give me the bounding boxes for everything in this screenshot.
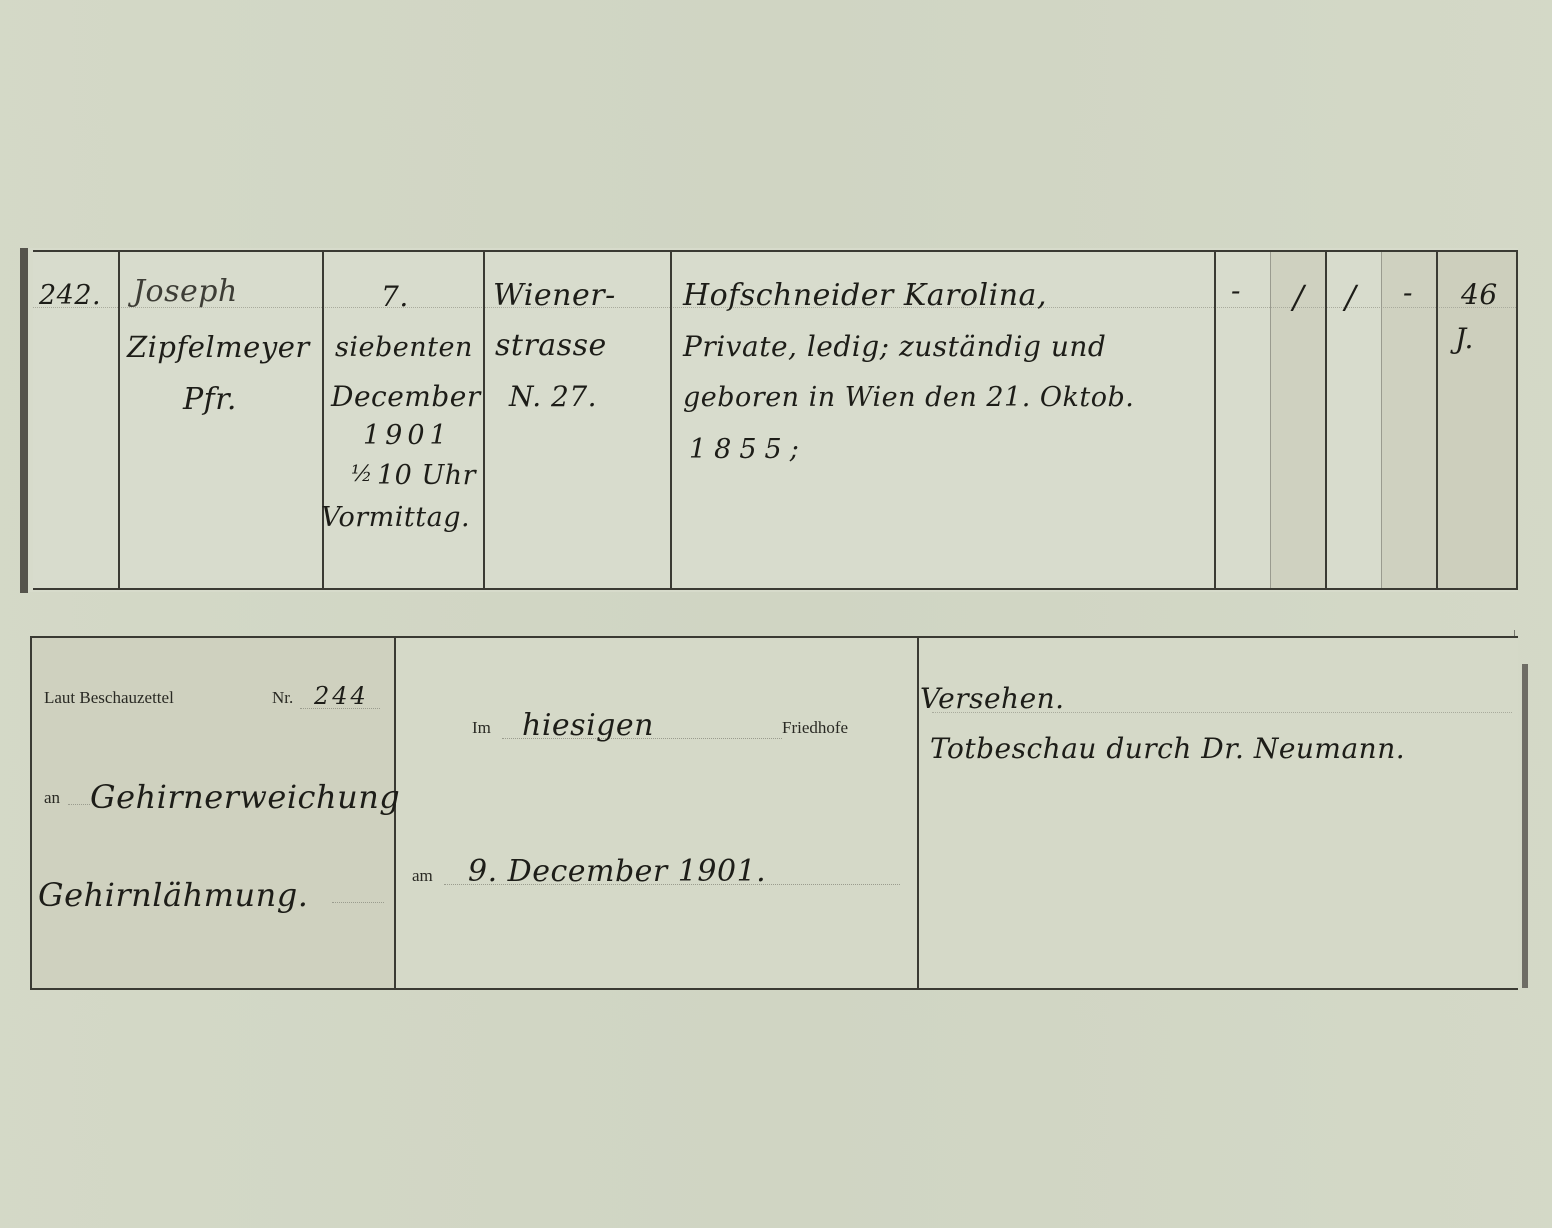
nr-label: Nr.	[272, 688, 293, 708]
death-time-fraction: ½	[351, 462, 373, 487]
tally-value: /	[1293, 278, 1304, 316]
death-time-of-day: Vormittag.	[321, 502, 470, 533]
cause-of-death-line-1: Gehirnerweichung	[90, 778, 400, 816]
burial-date: 9. December 1901.	[468, 854, 766, 889]
cause-dotted-line	[332, 902, 384, 903]
cemetery-name: hiesigen	[522, 708, 654, 743]
tally-value: /	[1345, 278, 1356, 316]
age-unit: J.	[1455, 322, 1474, 355]
death-day-numeric: 7.	[381, 280, 409, 313]
register-entry-detail-row: Laut Beschauzettel Nr. 244 an Gehirnerwe…	[30, 636, 1518, 990]
page-background	[0, 0, 1552, 1228]
register-entry-row: 242. Joseph Zipfelmeyer Pfr. 7. siebente…	[33, 250, 1518, 590]
column-divider	[322, 252, 324, 588]
an-dotted-line	[68, 804, 90, 805]
column-divider-thin	[1270, 252, 1271, 588]
address-line-3: N. 27.	[509, 380, 597, 413]
description-line-1: Hofschneider Karolina,	[683, 278, 1047, 313]
an-label: an	[44, 788, 60, 808]
cause-of-death-line-2: Gehirnlähmung.	[38, 876, 308, 914]
friedhofe-label: Friedhofe	[782, 718, 848, 738]
surname: Zipfelmeyer	[127, 330, 310, 364]
description-line-3: geboren in Wien den 21. Oktob.	[683, 382, 1134, 413]
column-divider	[483, 252, 485, 588]
description-line-4: 1855;	[689, 434, 807, 465]
address-line-1: Wiener-	[493, 278, 616, 313]
age-value: 46	[1461, 278, 1498, 311]
column-divider	[1325, 252, 1327, 588]
death-day-words: siebenten	[335, 332, 473, 363]
description-line-2: Private, ledig; zuständig und	[683, 330, 1106, 363]
tally-value: -	[1231, 274, 1241, 307]
death-time: 10 Uhr	[377, 460, 476, 491]
column-divider	[1436, 252, 1438, 588]
death-year: 1901	[363, 420, 452, 451]
address-line-2: strasse	[495, 328, 607, 363]
remarks-line-2: Totbeschau durch Dr. Neumann.	[930, 732, 1405, 765]
column-divider	[118, 252, 120, 588]
death-month: December	[331, 380, 481, 413]
column-divider	[1214, 252, 1216, 588]
im-label: Im	[472, 718, 491, 738]
name-suffix: Pfr.	[183, 382, 237, 417]
top-left-binding-bar	[20, 248, 28, 593]
am-label: am	[412, 866, 433, 886]
remarks-line-1: Versehen.	[920, 682, 1065, 715]
entry-number: 242.	[39, 280, 101, 311]
first-name: Joseph	[133, 274, 238, 309]
bottom-right-binding-bar	[1522, 664, 1528, 988]
column-divider	[917, 638, 919, 988]
tally-value: -	[1403, 276, 1413, 309]
laut-beschauzettel-label: Laut Beschauzettel	[44, 688, 174, 708]
column-divider	[670, 252, 672, 588]
beschauzettel-number: 244	[314, 682, 369, 710]
column-divider-thin	[1381, 252, 1382, 588]
